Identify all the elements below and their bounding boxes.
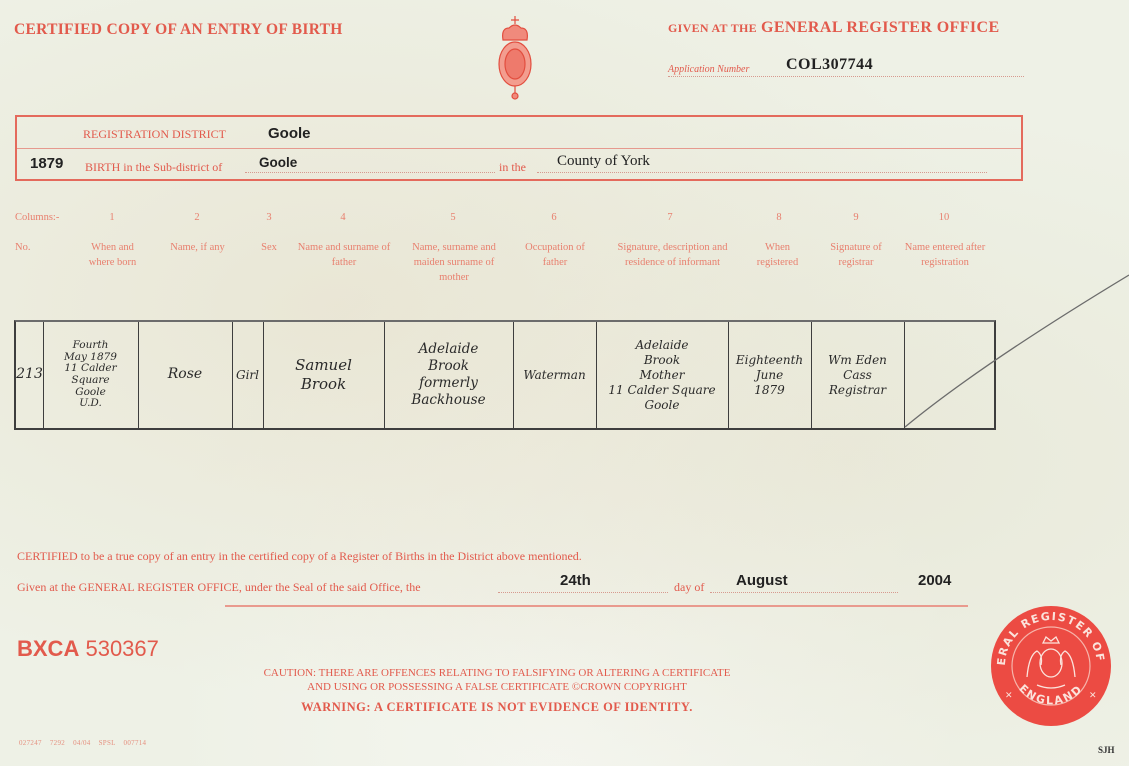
county-value: County of York (557, 153, 650, 170)
caution-line-1: CAUTION: THERE ARE OFFENCES RELATING TO … (222, 666, 772, 680)
column-header-sex: Sex (252, 240, 286, 255)
cancellation-diagonal-line (900, 270, 1129, 430)
born-line: Square (71, 375, 109, 387)
in-the-label: in the (499, 160, 526, 175)
application-number-value: COL307744 (786, 56, 873, 74)
informant-line: Brook (644, 353, 680, 368)
columns-label: Columns:- (15, 210, 59, 225)
certificate-serial-number: BXCA 530367 (17, 636, 159, 662)
column-number: 4 (338, 210, 348, 225)
application-number-label: Application Number (668, 64, 749, 75)
column-number: 7 (665, 210, 675, 225)
subdistrict-label: BIRTH in the Sub-district of (85, 160, 222, 175)
column-number: 3 (264, 210, 274, 225)
column-number: 6 (549, 210, 559, 225)
separator-line (225, 605, 968, 607)
mother-line: formerly (419, 375, 478, 392)
entry-when-where-born: Fourth May 1879 11 Calder Square Goole U… (43, 326, 138, 424)
column-header-mother: Name, surname and maiden surname of moth… (402, 240, 506, 286)
day-line: 24th (498, 578, 668, 593)
registered-line: June (756, 368, 783, 383)
birth-entry-row: 213 Fourth May 1879 11 Calder Square Goo… (14, 320, 996, 430)
certification-given-line: Given at the GENERAL REGISTER OFFICE, un… (17, 580, 421, 595)
subdistrict-value: Goole (259, 155, 297, 170)
county-line: County of York (537, 153, 987, 173)
registrar-line: Registrar (829, 383, 886, 398)
column-header-registrar: Signature of registrar (820, 240, 892, 270)
serial-number: 530367 (85, 636, 158, 661)
column-number: 10 (936, 210, 952, 225)
informant-line: Goole (645, 398, 680, 413)
registration-district-label: REGISTRATION DISTRICT (83, 127, 226, 142)
entry-name: Rose (138, 326, 232, 424)
registration-year: 1879 (30, 155, 63, 172)
caution-notice: CAUTION: THERE ARE OFFENCES RELATING TO … (222, 666, 772, 695)
column-number: 1 (107, 210, 117, 225)
registrar-line: Wm Eden (828, 353, 887, 368)
informant-line: 11 Calder Square (608, 383, 715, 398)
column-header-name: Name, if any (160, 240, 235, 255)
caution-line-2: AND USING OR POSSESSING A FALSE CERTIFIC… (222, 680, 772, 694)
entry-when-registered: Eighteenth June 1879 (728, 326, 811, 424)
print-codes: 027247 7292 04/04 SPSL 007714 (19, 739, 146, 747)
given-at-heading: GIVEN AT THE GENERAL REGISTER OFFICE (668, 19, 1000, 37)
certification-statement: CERTIFIED to be a true copy of an entry … (17, 549, 582, 564)
entry-number: 213 (16, 326, 43, 424)
clerk-initials: SJH (1098, 745, 1115, 755)
column-header-occupation: Occupation of father (515, 240, 595, 270)
entry-occupation: Waterman (513, 326, 596, 424)
serial-prefix: BXCA (17, 636, 79, 661)
column-header-when-where-born: When and where born (80, 240, 145, 270)
certificate-title: CERTIFIED COPY OF AN ENTRY OF BIRTH (14, 21, 343, 39)
entry-sex: Girl (232, 326, 263, 424)
column-header-no: No. (15, 240, 30, 255)
application-number-field: Application Number COL307744 (668, 56, 1024, 77)
entry-informant: Adelaide Brook Mother 11 Calder Square G… (596, 326, 728, 424)
entry-registrar: Wm Eden Cass Registrar (811, 326, 904, 424)
given-at-prefix: GIVEN AT THE (668, 21, 757, 35)
column-number: 2 (192, 210, 202, 225)
svg-text:✕: ✕ (1089, 690, 1097, 700)
certification-year: 2004 (918, 572, 951, 589)
identity-warning: WARNING: A CERTIFICATE IS NOT EVIDENCE O… (222, 700, 772, 715)
column-number: 5 (448, 210, 458, 225)
column-number: 8 (774, 210, 784, 225)
mother-line: Adelaide (419, 341, 479, 358)
subdistrict-line: Goole (245, 155, 495, 173)
column-header-father: Name and surname of father (292, 240, 396, 270)
entry-mother: Adelaide Brook formerly Backhouse (384, 326, 513, 424)
registered-line: 1879 (754, 383, 785, 398)
column-header-name-after-registration: Name entered after registration (900, 240, 990, 270)
svg-text:✕: ✕ (1005, 690, 1013, 700)
father-line: Brook (301, 375, 346, 394)
registration-district-value: Goole (268, 125, 311, 142)
royal-crest-icon (497, 14, 533, 100)
day-of-label: day of (674, 580, 704, 595)
informant-line: Mother (640, 368, 685, 383)
registered-line: Eighteenth (736, 353, 803, 368)
mother-line: Backhouse (411, 392, 485, 409)
certification-month: August (736, 572, 788, 589)
certification-day: 24th (560, 572, 591, 589)
mother-line: Brook (428, 358, 469, 375)
registration-divider (17, 148, 1021, 149)
entry-father: Samuel Brook (263, 326, 384, 424)
father-line: Samuel (295, 356, 352, 375)
given-at-office: GENERAL REGISTER OFFICE (761, 19, 1000, 36)
informant-line: Adelaide (635, 338, 688, 353)
month-line: August (710, 578, 898, 593)
general-register-office-seal-icon: GENERAL REGISTER OFFICE ENGLAND ✕ ✕ (983, 605, 1119, 727)
certification-given-label: Given at the GENERAL REGISTER OFFICE, un… (17, 580, 421, 594)
column-number: 9 (851, 210, 861, 225)
column-header-informant: Signature, description and residence of … (605, 240, 740, 270)
registration-box: REGISTRATION DISTRICT Goole 1879 BIRTH i… (15, 115, 1023, 181)
column-header-when-registered: When registered (750, 240, 805, 270)
registrar-line: Cass (843, 368, 872, 383)
born-line: U.D. (79, 398, 102, 410)
